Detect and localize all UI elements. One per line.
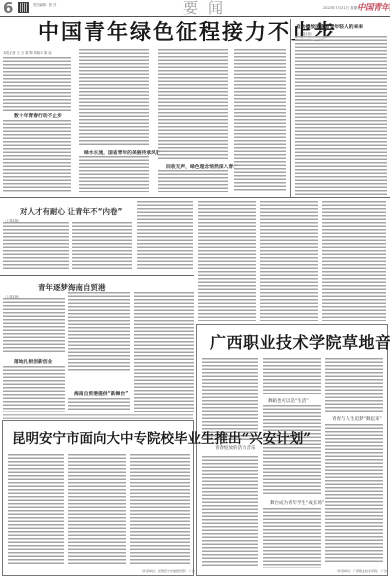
hainan-text-col3 bbox=[134, 292, 194, 412]
lead-text-col3a bbox=[158, 49, 228, 161]
guangxi-subhead-3: 舞台成为青年学生“成长场” bbox=[270, 500, 324, 506]
lead-text-col3b bbox=[158, 170, 228, 192]
qr-code-icon bbox=[18, 2, 29, 13]
editors-credit: 责任编辑：张 洋 bbox=[33, 3, 73, 7]
section-name: 要闻 bbox=[183, 0, 233, 17]
hainan-text-col2b bbox=[68, 398, 130, 412]
lead-text-col4 bbox=[234, 49, 286, 192]
talent-text-col6 bbox=[322, 201, 386, 321]
hainan-subhead-1: 落地扎根创新创业 bbox=[14, 358, 52, 365]
guangxi-text-col1b bbox=[202, 456, 258, 568]
kunming-text-col2 bbox=[68, 454, 126, 566]
issue-date: 2023年7月21日 星期五 bbox=[323, 6, 361, 11]
lead-subhead-1: 数十年青春行动不止步 bbox=[14, 112, 62, 119]
hainan-subhead-2: 海南自贸港提供“新舞台” bbox=[74, 390, 128, 397]
hainan-text-tail bbox=[3, 414, 193, 419]
lead-text-col2a bbox=[79, 49, 149, 145]
hainan-text-col1b bbox=[3, 366, 65, 412]
guangxi-text-col2a bbox=[263, 358, 321, 394]
guangxi-text-col3a bbox=[325, 358, 383, 414]
guangxi-credit: （作者单位：广西职业技术学院） 广告 bbox=[335, 569, 387, 573]
page-number: 6 bbox=[3, 1, 13, 16]
hainan-text-col1a bbox=[3, 298, 65, 354]
talent-text-col4 bbox=[198, 201, 256, 321]
section-divider bbox=[0, 275, 194, 276]
talent-text-col2 bbox=[72, 222, 132, 270]
side-text bbox=[295, 36, 387, 196]
newspaper-logo: 中国青年报 bbox=[357, 1, 390, 13]
guangxi-text-col2c bbox=[263, 508, 321, 568]
guangxi-subhead-2: 舞蹈也可以是“生活” bbox=[268, 398, 309, 404]
guangxi-text-col2b bbox=[263, 405, 321, 495]
lead-byline: 本报记者 王 言 胡 陶 刘晓平 陈 瑶 bbox=[3, 50, 52, 55]
guangxi-headline: 广西职业技术学院草地音乐会“燃”起来 bbox=[210, 333, 390, 353]
kunming-text-col1 bbox=[8, 454, 64, 566]
talent-headline: 对人才有耐心 让青年不“内卷” bbox=[20, 206, 122, 217]
lead-text-col1a bbox=[3, 57, 71, 113]
kunming-headline: 昆明安宁市面向大中专院校毕业生推出“兴安计划” bbox=[12, 430, 311, 448]
lead-text-col2b bbox=[79, 156, 149, 192]
lead-subhead-3: 回收无声，绿色理念悄然深入青年 bbox=[166, 163, 238, 170]
side-headline: 自助播放团圆青青年轻人的来来 bbox=[296, 23, 363, 30]
column-divider bbox=[290, 19, 291, 197]
talent-text-col5 bbox=[260, 201, 318, 321]
guangxi-subhead-4: 青春与人生追梦“舞起来” bbox=[332, 416, 382, 422]
kunming-credit: （作者单位：昆明安宁市委组织部） 广告 bbox=[140, 569, 195, 573]
section-divider bbox=[0, 197, 390, 198]
kunming-text-col3 bbox=[130, 454, 190, 564]
talent-text-col3 bbox=[137, 201, 193, 270]
lead-subhead-2: 绿水长流，国省青年的美丽传承风貌 bbox=[84, 149, 161, 156]
hainan-text-col2a bbox=[68, 292, 130, 372]
lead-text-col1b bbox=[3, 120, 71, 192]
guangxi-text-col3b bbox=[325, 424, 383, 564]
lead-headline: 中国青年绿色征程接力不止步 bbox=[38, 18, 337, 46]
talent-text-col1 bbox=[3, 222, 69, 270]
